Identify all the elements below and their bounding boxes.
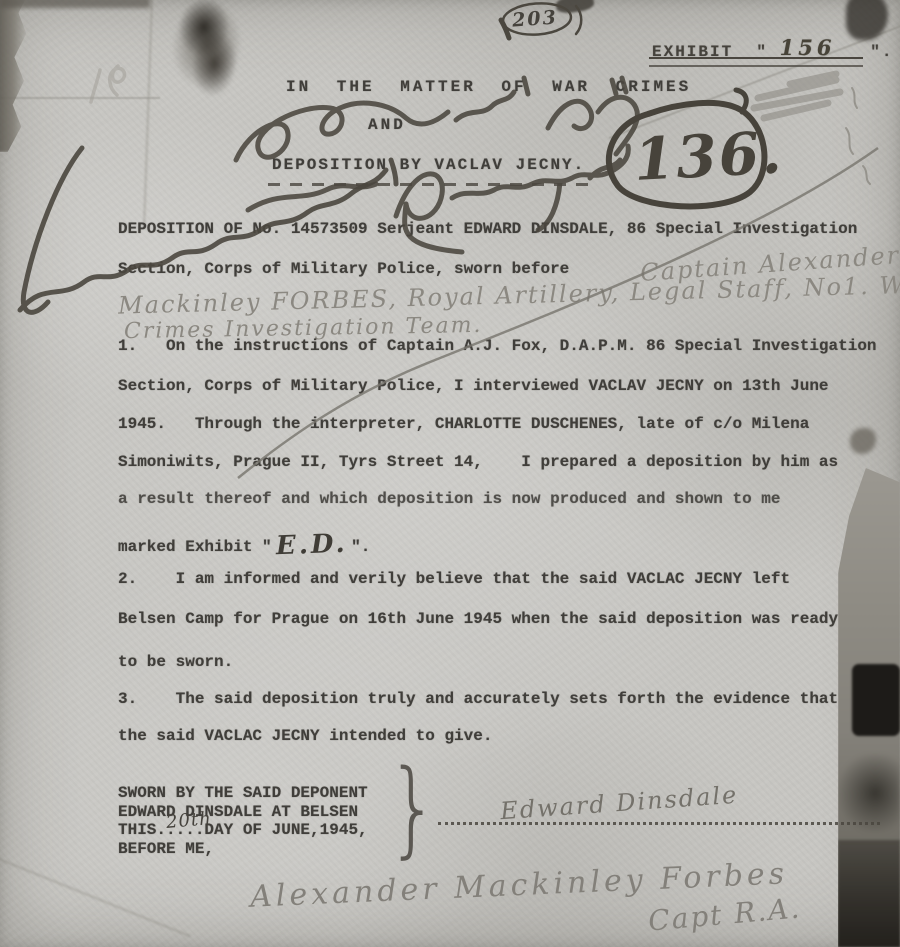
stain-spot: [850, 428, 876, 454]
typed-line: Section, Corps of Military Police, sworn…: [118, 260, 569, 279]
margin-marks: [846, 88, 870, 184]
jurat-line-2: EDWARD DINSDALE AT BELSEN: [118, 803, 358, 822]
exhibit-underline: [649, 57, 863, 67]
deponent-signature: Edward Dinsdale: [499, 781, 739, 826]
paper-crease: [143, 0, 153, 228]
typed-text: ".: [351, 538, 370, 557]
paper-crease: [0, 857, 191, 938]
typed-text: marked Exhibit ": [118, 538, 272, 557]
exhibit-close-quote: ": [870, 43, 882, 61]
edge-stain: [846, 0, 888, 40]
circled-file-number: 136.: [632, 111, 754, 203]
paper-crease: [0, 97, 160, 99]
typed-line: to be sworn.: [118, 653, 233, 672]
torn-edge-stain: [0, 0, 28, 152]
typed-line: Section, Corps of Military Police, I int…: [118, 377, 829, 396]
exhibit-period: .: [882, 43, 894, 61]
page-number: 203: [500, 2, 570, 38]
burn-patch: [838, 754, 900, 832]
burn-hole: [852, 664, 900, 736]
burn-patch: [838, 840, 900, 947]
exhibit-mark-handwritten: E.D.: [275, 529, 348, 561]
typed-line: 3. The said deposition truly and accurat…: [118, 690, 838, 709]
faint-pencil-number: [91, 66, 125, 102]
typed-line: DEPOSITION OF No. 14573509 Serjeant EDWA…: [118, 220, 857, 239]
typed-line: Simoniwits, Prague II, Tyrs Street 14, I…: [118, 453, 838, 472]
typed-line: 1945. Through the interpreter, CHARLOTTE…: [118, 415, 809, 434]
title-line-1: IN THE MATTER OF WAR CRIMES: [286, 78, 691, 97]
typed-line: the said VACLAC JECNY intended to give.: [118, 727, 492, 746]
typed-line-with-exhibit-mark: marked Exhibit "E.D.".: [118, 528, 370, 558]
jurat-brace: }: [387, 756, 440, 860]
jurat-line-3: THIS.....DAY OF JUNE,1945,: [118, 821, 368, 840]
scanned-deposition-document: 203 EXHIBIT " 156 ". IN THE MATTER OF WA…: [0, 0, 900, 947]
ink-smudge-stain: [149, 0, 263, 116]
jurat-line-4: BEFORE ME,: [118, 840, 214, 859]
handwritten-date: 20th: [165, 808, 212, 833]
title-line-3: DEPOSITION BY VACLAV JECNY.: [272, 156, 585, 175]
jurat-line-1: SWORN BY THE SAID DEPONENT: [118, 784, 368, 803]
burn-damage-strip: [838, 468, 900, 947]
officer-rank-signature: Capt R.A.: [647, 891, 803, 937]
typed-line: 2. I am informed and verily believe that…: [118, 570, 790, 589]
typed-line: Belsen Camp for Prague on 16th June 1945…: [118, 610, 838, 629]
edge-stain: [0, 0, 150, 8]
typed-line: a result thereof and which deposition is…: [118, 490, 781, 509]
title-line-2: AND: [368, 116, 406, 135]
typed-line: 1. On the instructions of Captain A.J. F…: [118, 337, 877, 356]
circled-page-number: 203: [500, 2, 570, 38]
pencil-hatch-marks: [754, 74, 840, 118]
title-dashed-underline: [268, 183, 592, 186]
